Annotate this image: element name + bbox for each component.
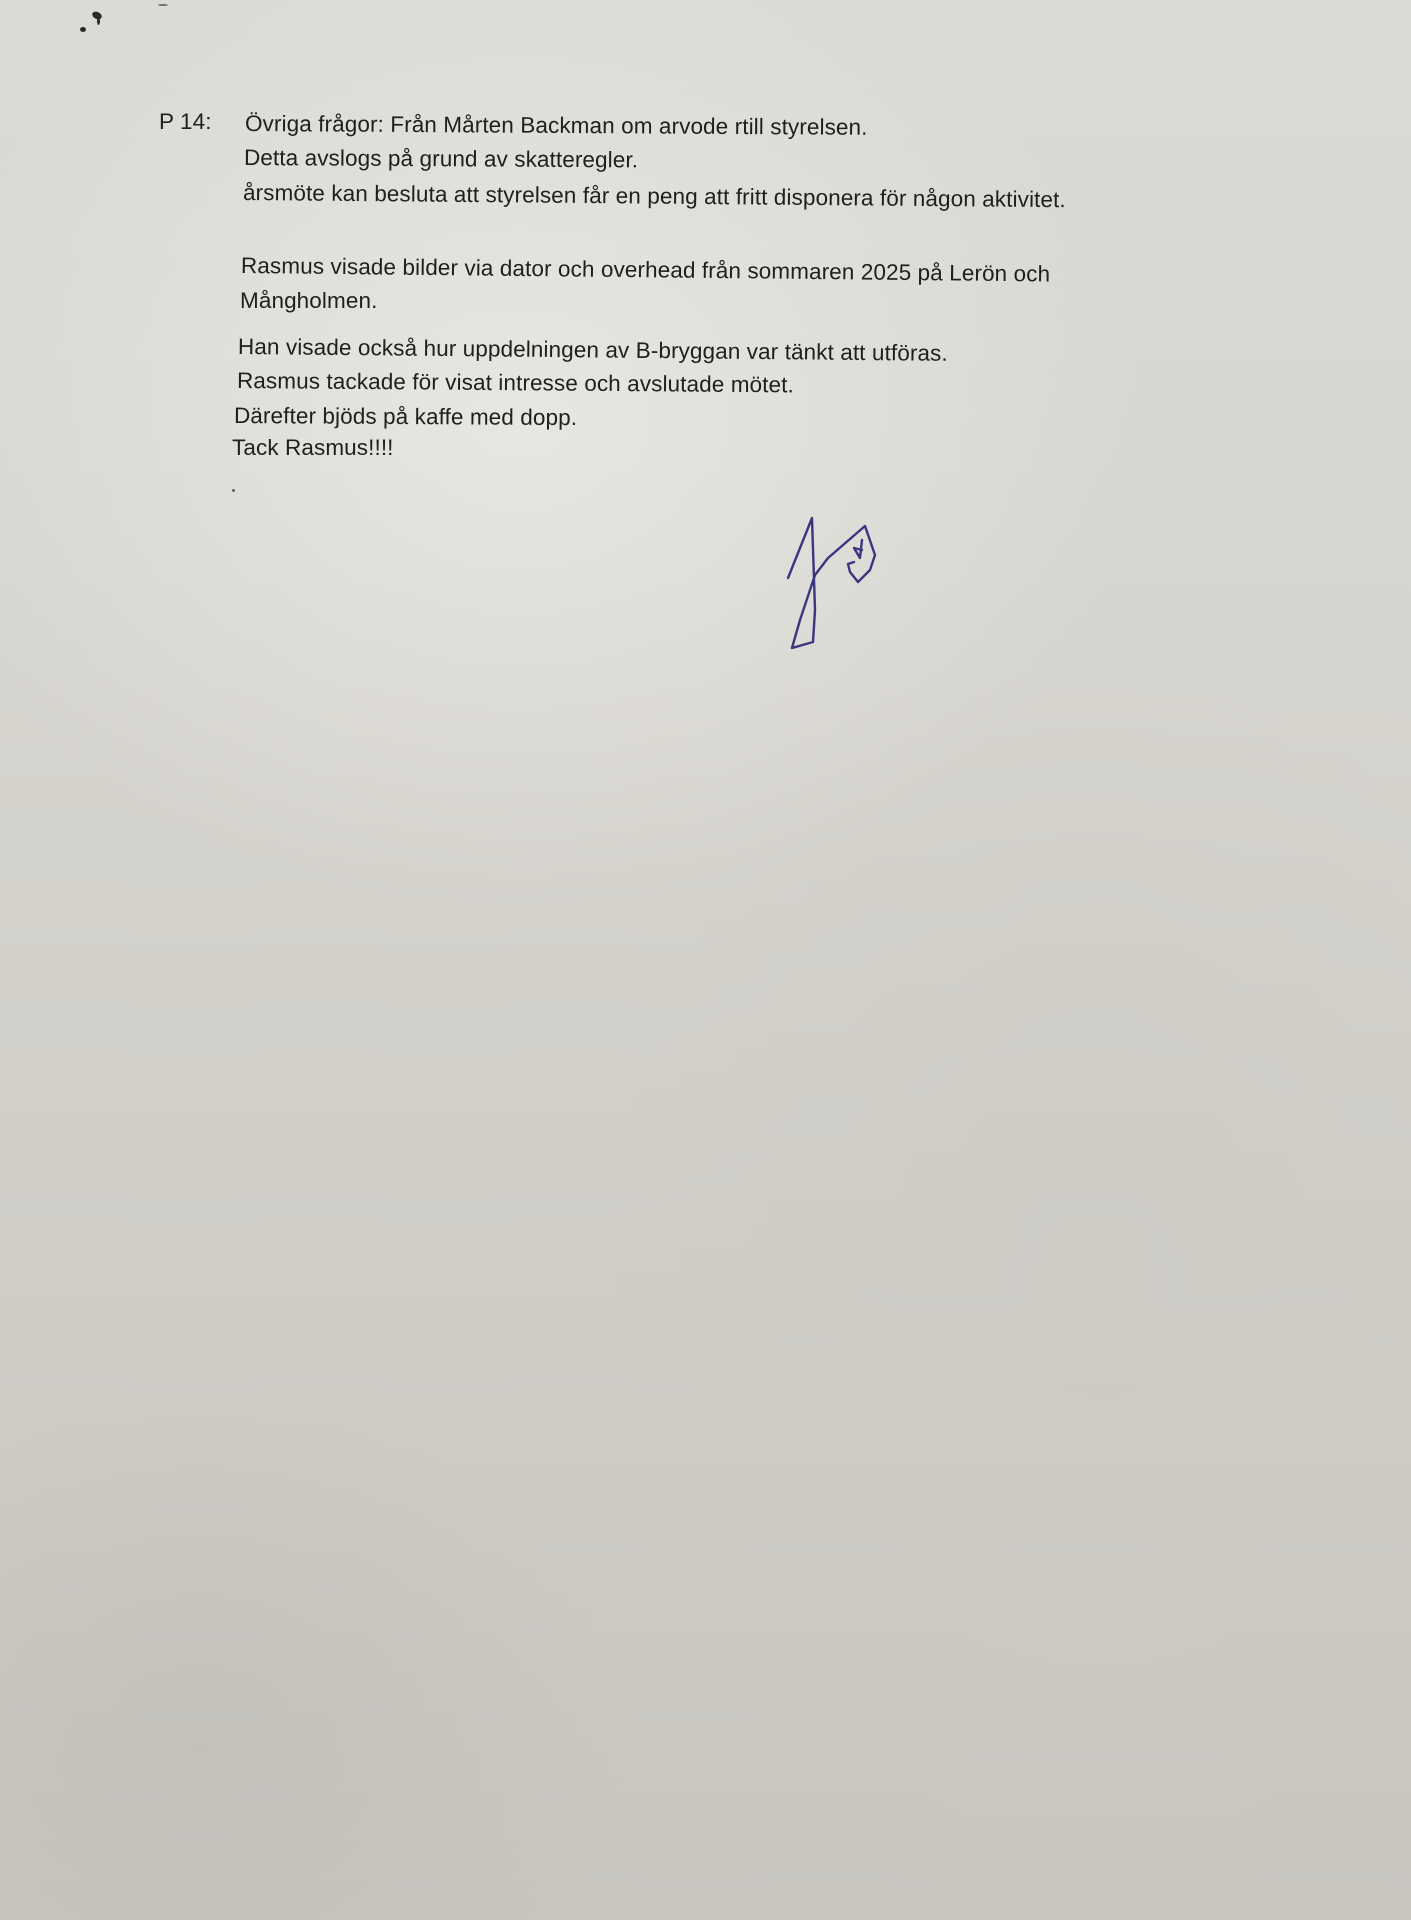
ink-speck: [232, 489, 235, 492]
minutes-line-thanks-closing: Rasmus tackade för visat intresse och av…: [237, 370, 794, 397]
paper-background: [0, 0, 1411, 1920]
minutes-line-rejected: Detta avslogs på grund av skatteregler.: [244, 147, 638, 172]
handwritten-signature: [770, 500, 880, 660]
minutes-line-coffee: Därefter bjöds på kaffe med dopp.: [234, 405, 577, 430]
minutes-line-other-questions: Övriga frågor: Från Mårten Backman om ar…: [245, 113, 868, 139]
section-label: P 14:: [159, 111, 212, 134]
minutes-line-mangholmen: Mångholmen.: [240, 290, 377, 313]
signature-stroke: [788, 518, 875, 648]
ink-speck: [158, 4, 168, 6]
minutes-line-tack-rasmus: Tack Rasmus!!!!: [232, 437, 394, 460]
ink-speck: [80, 27, 86, 32]
ink-speck: [97, 17, 100, 25]
